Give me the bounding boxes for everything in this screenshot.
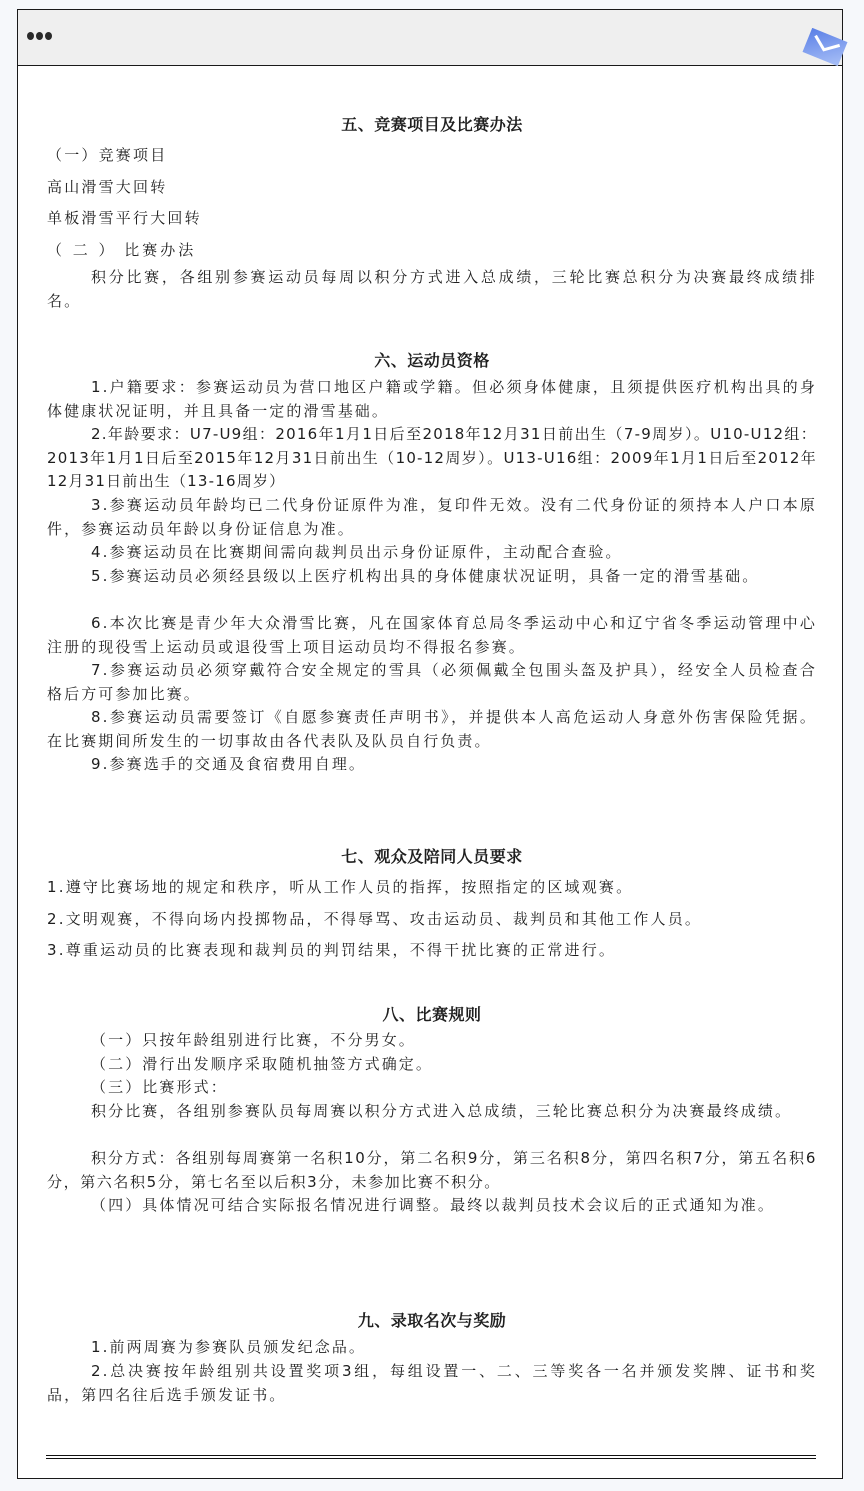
paragraph: 3.尊重运动员的比赛表现和裁判员的判罚结果，不得干扰比赛的正常进行。 (47, 939, 616, 960)
paragraph: 1.户籍要求：参赛运动员为营口地区户籍或学籍。但必须身体健康，且须提供医疗机构出… (47, 376, 817, 423)
paragraph: 7.参赛运动员必须穿戴符合安全规定的雪具（必须佩戴全包围头盔及护具），经安全人员… (47, 659, 817, 706)
paragraph: 积分比赛，各组别参赛队员每周赛以积分方式进入总成绩，三轮比赛总积分为决赛最终成绩… (47, 1100, 817, 1124)
paragraph: （三）比赛形式： (47, 1076, 817, 1100)
paragraph: 3.参赛运动员年龄均已二代身份证原件为准，复印件无效。没有二代身份证的须持本人户… (47, 494, 817, 541)
paragraph: 1.前两周赛为参赛队员颁发纪念品。 (47, 1336, 817, 1360)
section-title-8: 八、比赛规则 (47, 1002, 817, 1025)
ellipsis-icon (27, 32, 34, 40)
section-title-5: 五、竞赛项目及比赛办法 (47, 112, 817, 135)
envelope-icon[interactable] (800, 28, 850, 66)
paragraph: （二）滑行出发顺序采取随机抽签方式确定。 (47, 1053, 817, 1077)
paragraph: 4.参赛运动员在比赛期间需向裁判员出示身份证原件，主动配合查验。 (47, 541, 817, 565)
event-item-snowboard: 单板滑雪平行大回转 (47, 207, 202, 228)
document-window: 五、竞赛项目及比赛办法 （一）竞赛项目 高山滑雪大回转 单板滑雪平行大回转 （ … (17, 9, 843, 1479)
subheading-events: （一）竞赛项目 (47, 144, 167, 165)
event-item-alpine: 高山滑雪大回转 (47, 176, 167, 197)
paragraph: 9.参赛选手的交通及食宿费用自理。 (47, 753, 817, 777)
section-title-6: 六、运动员资格 (47, 348, 817, 371)
subheading-method: （ 二 ） 比赛办法 (47, 239, 196, 260)
window-titlebar (18, 10, 842, 66)
paragraph: 6.本次比赛是青少年大众滑雪比赛，凡在国家体育总局冬季运动中心和辽宁省冬季运动管… (47, 612, 817, 659)
paragraph: 积分方式：各组别每周赛第一名积10分，第二名积9分，第三名积8分，第四名积7分，… (47, 1147, 817, 1194)
paragraph: 1.遵守比赛场地的规定和秩序，听从工作人员的指挥，按照指定的区域观赛。 (47, 876, 633, 897)
section-title-9: 九、录取名次与奖励 (47, 1308, 817, 1331)
paragraph: 2.总决赛按年龄组别共设置奖项3组，每组设置一、二、三等奖各一名并颁发奖牌、证书… (47, 1360, 817, 1407)
double-rule-divider (46, 1455, 816, 1459)
paragraph: （四）具体情况可结合实际报名情况进行调整。最终以裁判员技术会议后的正式通知为准。 (47, 1194, 817, 1218)
ellipsis-icon (45, 32, 52, 40)
section-title-7: 七、观众及陪同人员要求 (47, 844, 817, 867)
paragraph: 积分比赛，各组别参赛运动员每周以积分方式进入总成绩，三轮比赛总积分为决赛最终成绩… (47, 266, 817, 313)
more-options-button[interactable] (27, 32, 52, 40)
ellipsis-icon (36, 32, 43, 40)
paragraph: 2.年龄要求：U7-U9组：2016年1月1日后至2018年12月31日前出生（… (47, 423, 817, 494)
paragraph: 5.参赛运动员必须经县级以上医疗机构出具的身体健康状况证明，具备一定的滑雪基础。 (47, 565, 817, 589)
paragraph: 2.文明观赛，不得向场内投掷物品，不得辱骂、攻击运动员、裁判员和其他工作人员。 (47, 908, 702, 929)
paragraph: 8.参赛运动员需要签订《自愿参赛责任声明书》，并提供本人高危运动人身意外伤害保险… (47, 706, 817, 753)
paragraph: （一）只按年龄组别进行比赛，不分男女。 (47, 1029, 817, 1053)
